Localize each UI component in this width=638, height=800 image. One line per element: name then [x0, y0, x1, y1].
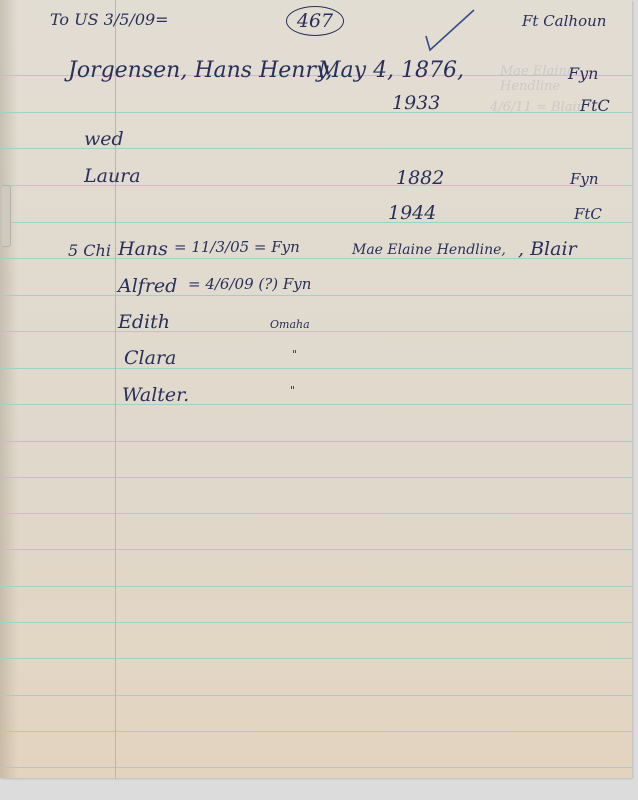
- rule-line: [0, 731, 632, 732]
- rule-line: [0, 404, 632, 405]
- child-name: Clara: [124, 347, 176, 369]
- marriage-label: wed: [84, 128, 124, 150]
- spouse-birth-place: Fyn: [570, 170, 599, 188]
- spouse-name: Laura: [84, 165, 141, 187]
- spouse-death-place: FtC: [574, 205, 602, 223]
- child-residence: ": [290, 384, 295, 397]
- header-place: Ft Calhoun: [522, 12, 606, 30]
- child-name: Hans: [118, 238, 168, 260]
- rule-line: [0, 331, 632, 332]
- binding-tab: [2, 185, 11, 247]
- subject-birth-date: May 4, 1876,: [318, 58, 464, 83]
- subject-death-year: 1933: [392, 92, 440, 114]
- child-name: Edith: [118, 311, 170, 333]
- child-residence: Omaha: [270, 318, 310, 331]
- rule-line: [0, 222, 632, 223]
- child-residence: ": [292, 348, 297, 361]
- checkmark-icon: [420, 8, 480, 54]
- bleed-through-text: Mae Elaine Hendline: [500, 64, 632, 94]
- child-name: Walter.: [122, 384, 189, 406]
- rule-line: [0, 658, 632, 659]
- rule-line: [0, 767, 632, 768]
- rule-line: [0, 368, 632, 369]
- spouse-death-year: 1944: [388, 202, 436, 224]
- rule-line: [0, 586, 632, 587]
- rule-line: [0, 513, 632, 514]
- rule-line: [0, 549, 632, 550]
- child-detail: = 4/6/09 (?) Fyn: [188, 275, 311, 293]
- record-number-text: 467: [297, 10, 333, 32]
- record-number: 467: [286, 6, 344, 36]
- rule-line: [0, 695, 632, 696]
- rule-line: [0, 622, 632, 623]
- subject-birth-place: Fyn: [568, 64, 598, 83]
- subject-death-place: FtC: [580, 96, 610, 115]
- child-detail: = 11/3/05 = Fyn: [174, 238, 300, 256]
- ledger-page: Mae Elaine Hendline 4/6/11 = Blair To US…: [0, 0, 632, 778]
- child-name: Alfred: [118, 275, 177, 297]
- children-label: 5 Chi: [68, 241, 111, 260]
- child-spouse: Mae Elaine Hendline,: [352, 242, 506, 258]
- subject-name: Jorgensen, Hans Henry,: [68, 58, 332, 83]
- spouse-birth-year: 1882: [396, 167, 444, 189]
- child-place: , Blair: [518, 238, 577, 260]
- rule-line: [0, 477, 632, 478]
- bleed-through-text: 4/6/11 = Blair: [490, 100, 583, 115]
- margin-line: [115, 0, 116, 778]
- rule-line: [0, 441, 632, 442]
- rule-line: [0, 295, 632, 296]
- header-note: To US 3/5/09=: [50, 10, 169, 29]
